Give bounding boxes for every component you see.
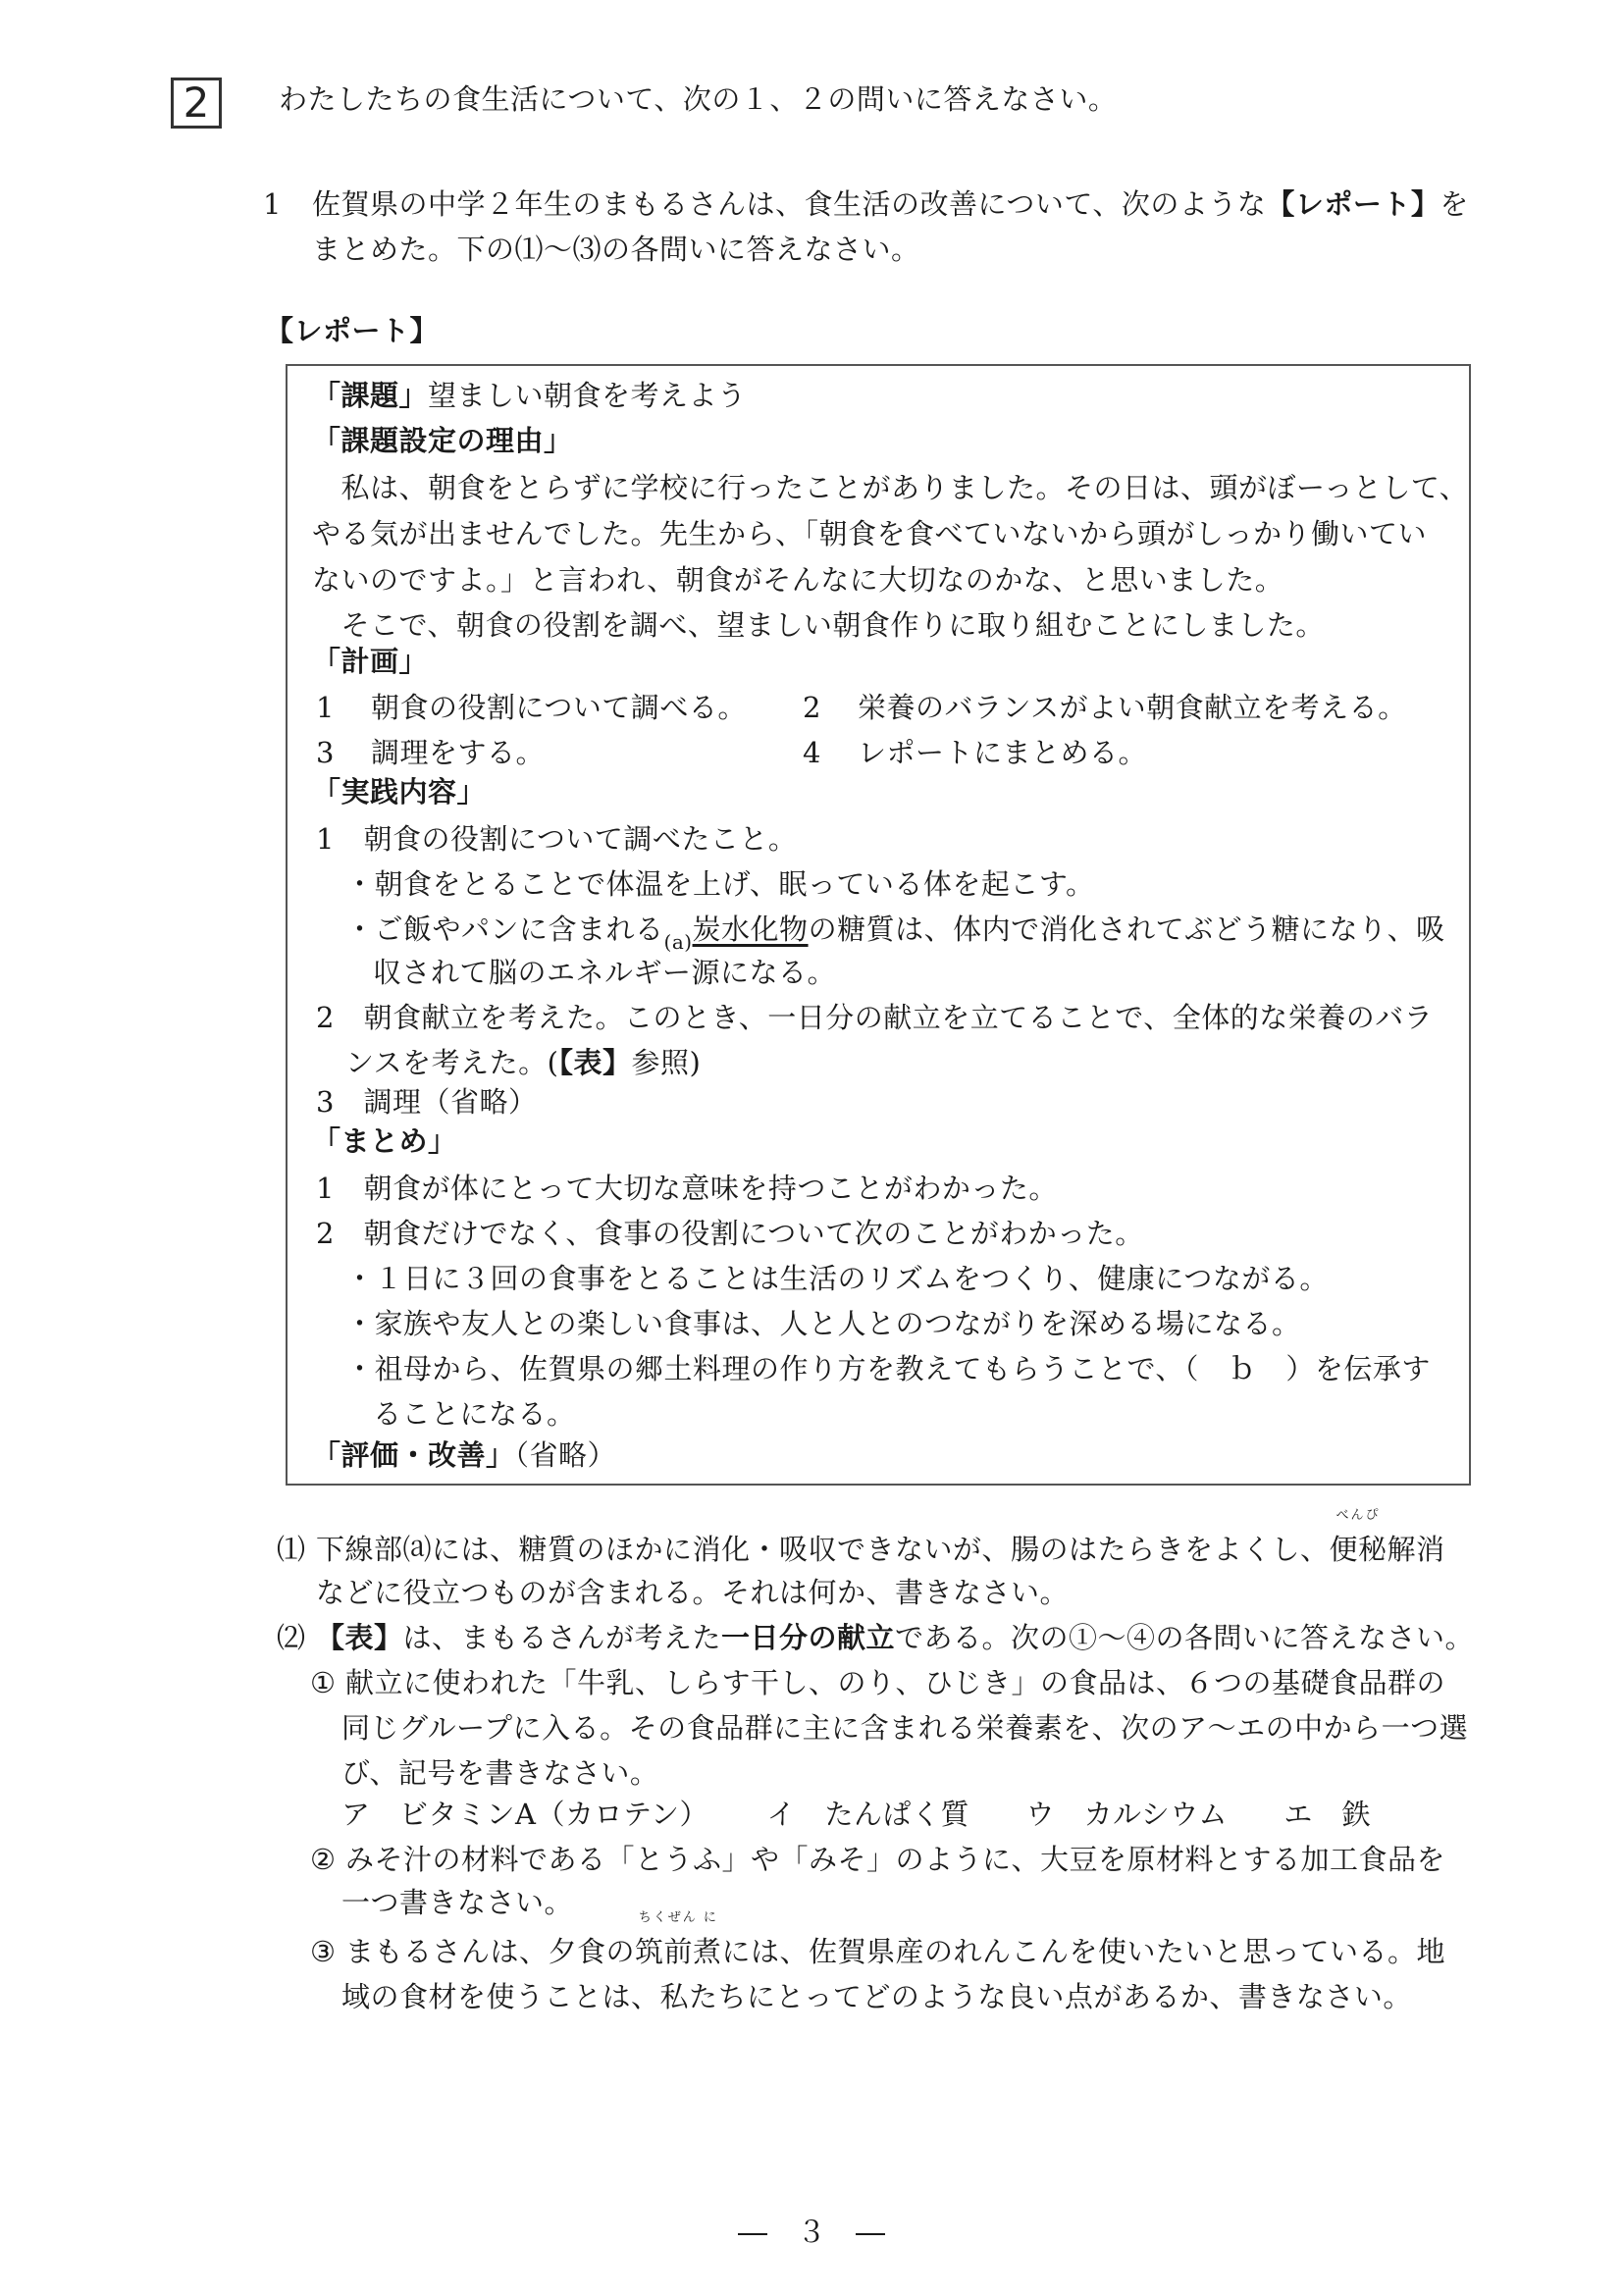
reason-line: 私は、朝食をとらずに学校に行ったことがありました。その日は、頭がぼーっとして、: [312, 465, 1468, 510]
ruby-chikuzenni: ちくぜん に筑前煮: [635, 1929, 722, 1974]
report-ref: 【レポート】: [1266, 187, 1440, 221]
question-intro: わたしたちの食生活について、次の１、２の問いに答えなさい。: [279, 77, 1117, 122]
theme-text: 望ましい朝食を考えよう: [428, 379, 747, 412]
subq2-3-line1: まもるさんは、夕食のちくぜん に筑前煮には、佐賀県産のれんこんを使いたいと思って…: [345, 1929, 1445, 1974]
summary-bullet-cont: ることになる。: [373, 1391, 576, 1436]
eval-label: 「評価・改善」: [312, 1438, 515, 1472]
reason-line: そこで、朝食の役割を調べ、望ましい朝食作りに取り組むことにしました。: [312, 602, 1325, 648]
summary-bullet: ・家族や友人との楽しい食事は、人と人とのつながりを深める場になる。: [345, 1301, 1301, 1346]
subq1-line1: 下線部⒜には、糖質のほかに消化・吸収できないが、腸のはたらきをよくし、べんぴ便秘…: [316, 1527, 1445, 1572]
plan-item-num: 4: [803, 730, 821, 775]
subq1-num: ⑴: [277, 1527, 306, 1572]
practice-label: 「実践内容」: [312, 769, 486, 814]
summary-bullet: ・１日に３回の食事をとることは生活のリズムをつくり、健康につながる。: [345, 1256, 1329, 1301]
option-u: ウ カルシウム: [1025, 1798, 1228, 1831]
reason-label: 「課題設定の理由」: [312, 418, 573, 463]
underlined-term: 炭水化物: [693, 913, 809, 946]
practice-item: 2 朝食献立を考えた。このとき、一日分の献立を立てることで、全体的な栄養のバラ: [316, 995, 1433, 1040]
theme-label: 「課題」: [312, 379, 428, 412]
practice-bullet-cont: 収されて脳のエネルギー源になる。: [373, 950, 836, 995]
reason-line: ないのですよ。」と言われ、朝食がそんなに大切なのかな、と思いました。: [312, 557, 1283, 602]
subq2-1-line1: 献立に使われた「牛乳、しらす干し、のり、ひじき」の食品は、６つの基礎食品群の: [345, 1660, 1445, 1705]
subq1-line2: などに役立つものが含まれる。それは何か、書きなさい。: [316, 1570, 1069, 1615]
plan-item-text: 朝食の役割について調べる。: [371, 685, 747, 730]
option-e: エ 鉄: [1283, 1798, 1371, 1831]
subq2-3-line2: 域の食材を使うことは、私たちにとってどのような良い点があるか、書きなさい。: [341, 1974, 1412, 2019]
subq2-text: 【表】は、まもるさんが考えた一日分の献立である。次の①〜④の各問いに答えなさい。: [316, 1615, 1474, 1660]
subq2-1-num: ①: [310, 1660, 337, 1705]
report-title: 【レポート】: [265, 308, 439, 353]
option-a: ア ビタミンA（カロテン）: [341, 1798, 708, 1831]
practice-item: 1 朝食の役割について調べたこと。: [316, 816, 797, 861]
summary-bullet: ・祖母から、佐賀県の郷土料理の作り方を教えてもらうことで、（ ｂ ）を伝承す: [345, 1346, 1431, 1391]
q1-text-line1: 佐賀県の中学２年生のまもるさんは、食生活の改善について、次のような【レポート】を: [312, 182, 1469, 227]
summary-label: 「まとめ」: [312, 1119, 457, 1164]
subq2-1-line3: び、記号を書きなさい。: [341, 1750, 658, 1796]
plan-item-text: レポートにまとめる。: [858, 730, 1147, 775]
options-row: ア ビタミンA（カロテン） イ たんぱく質 ウ カルシウム エ 鉄: [341, 1792, 1371, 1837]
summary-item: 2 朝食だけでなく、食事の役割について次のことがわかった。: [316, 1211, 1144, 1256]
q1-text-line2: まとめた。下の⑴〜⑶の各問いに答えなさい。: [312, 227, 920, 272]
subq2-2-line1: みそ汁の材料である「とうふ」や「みそ」のように、大豆を原材料とする加工食品を: [345, 1837, 1445, 1882]
plan-item-text: 栄養のバランスがよい朝食献立を考える。: [858, 685, 1407, 730]
page-number: ― ３ ―: [0, 2214, 1623, 2253]
subq2-1-line2: 同じグループに入る。その食品群に主に含まれる栄養素を、次のア〜エの中から一つ選: [341, 1705, 1468, 1750]
summary-item: 1 朝食が体にとって大切な意味を持つことがわかった。: [316, 1166, 1058, 1211]
practice-bullet: ・朝食をとることで体温を上げ、眠っている体を起こす。: [345, 861, 1095, 907]
plan-item-num: 1: [316, 685, 335, 730]
ruby-benpi: べんぴ便秘: [1330, 1527, 1387, 1572]
plan-label: 「計画」: [312, 639, 428, 684]
q1-number: 1: [263, 182, 282, 227]
subq2-2-num: ②: [310, 1837, 337, 1882]
eval-row: 「評価・改善」（省略）: [312, 1433, 616, 1478]
report-theme: 「課題」望ましい朝食を考えよう: [312, 373, 747, 418]
reason-line: やる気が出ませんでした。先生から、「朝食を食べていないから頭がしっかり働いてい: [312, 511, 1427, 556]
option-i: イ たんぱく質: [766, 1798, 969, 1831]
subq2-3-num: ③: [310, 1929, 337, 1974]
subq2-num: ⑵: [277, 1615, 306, 1660]
plan-item-num: 2: [803, 685, 821, 730]
question-number-badge: 2: [171, 78, 222, 129]
eval-text: （省略）: [515, 1438, 617, 1472]
subq2-2-line2: 一つ書きなさい。: [341, 1880, 573, 1925]
